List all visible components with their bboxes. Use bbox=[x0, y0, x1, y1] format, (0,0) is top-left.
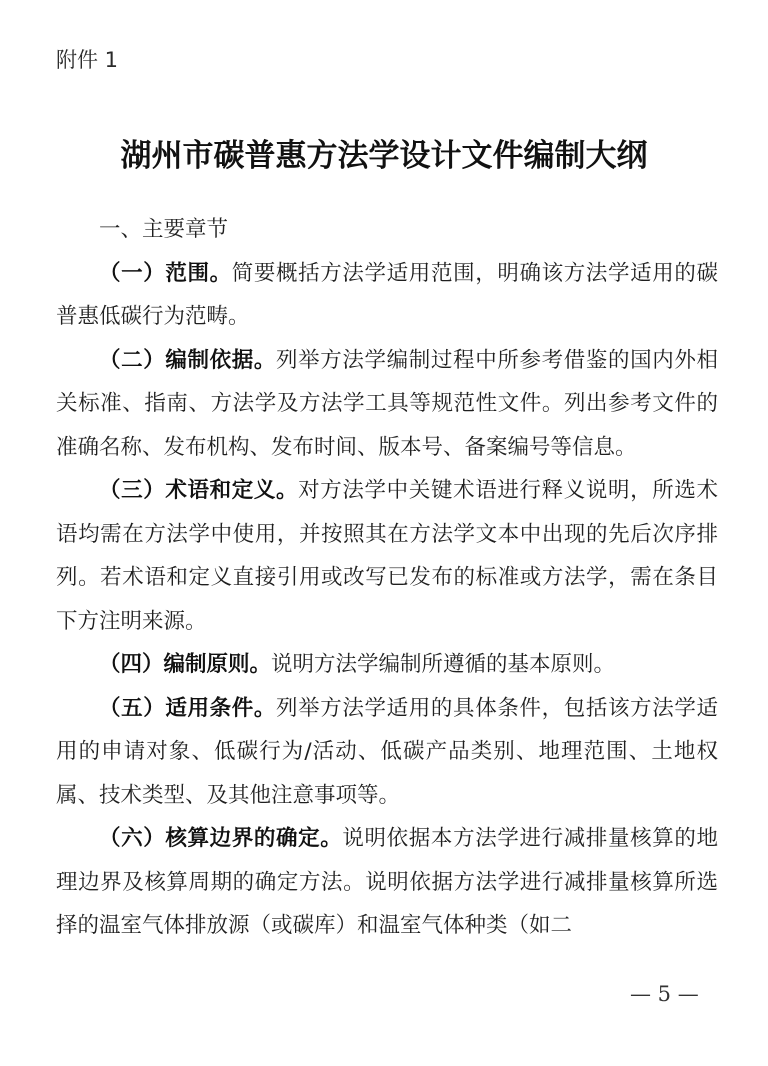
paragraph-scope: （一）范围。简要概括方法学适用范围，明确该方法学适用的碳普惠低碳行为范畴。 bbox=[56, 252, 718, 339]
paragraph-boundary: （六）核算边界的确定。说明依据本方法学进行减排量核算的地理边界及核算周期的确定方… bbox=[56, 817, 718, 948]
paragraph-conditions: （五）适用条件。列举方法学适用的具体条件，包括该方法学适用的申请对象、低碳行为/… bbox=[56, 687, 718, 818]
paragraph-basis: （二）编制依据。列举方法学编制过程中所参考借鉴的国内外相关标准、指南、方法学及方… bbox=[56, 339, 718, 470]
paragraph-heading: （三）术语和定义。 bbox=[99, 478, 298, 503]
paragraph-heading: （五）适用条件。 bbox=[99, 696, 276, 721]
document-body: 一、主要章节 （一）范围。简要概括方法学适用范围，明确该方法学适用的碳普惠低碳行… bbox=[56, 208, 718, 948]
paragraph-heading: （一）范围。 bbox=[99, 261, 232, 286]
page-number: — 5 — bbox=[630, 982, 699, 1006]
paragraph-heading: （六）核算边界的确定。 bbox=[99, 826, 342, 851]
paragraph-heading: （四）编制原则。 bbox=[99, 652, 271, 677]
attachment-label: 附件 1 bbox=[56, 44, 118, 74]
paragraph-terms: （三）术语和定义。对方法学中关键术语进行释义说明，所选术语均需在方法学中使用，并… bbox=[56, 469, 718, 643]
paragraph-principles: （四）编制原则。说明方法学编制所遵循的基本原则。 bbox=[56, 643, 718, 687]
document-title: 湖州市碳普惠方法学设计文件编制大纲 bbox=[0, 130, 768, 175]
section-heading: 一、主要章节 bbox=[56, 208, 718, 252]
paragraph-text: 说明方法学编制所遵循的基本原则。 bbox=[271, 652, 615, 677]
paragraph-heading: （二）编制依据。 bbox=[99, 348, 276, 373]
